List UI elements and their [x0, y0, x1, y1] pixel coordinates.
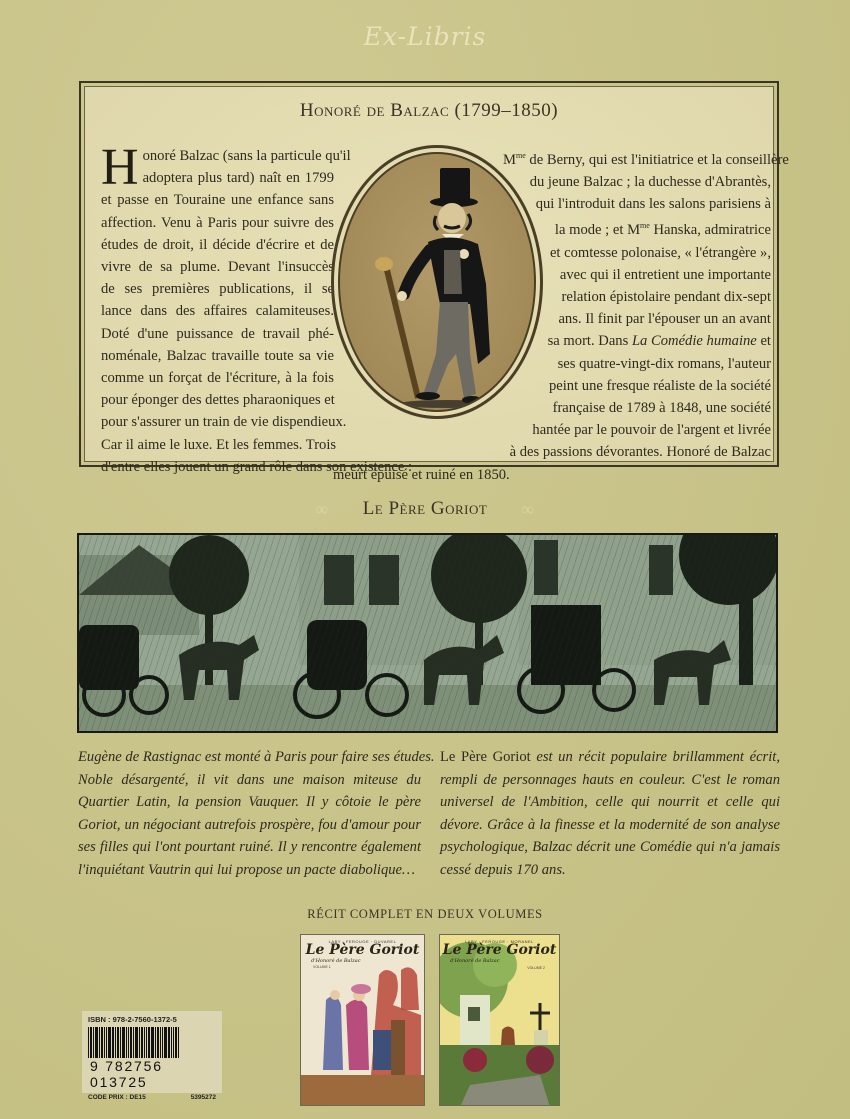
text-line: dévore. Grâce à la finesse et la moderni…: [440, 814, 780, 837]
cover-subtitle: d'Honoré de Balzac: [311, 958, 361, 964]
text-line: hantée par le pouvoir de l'argent et liv…: [503, 419, 771, 441]
text-line: vivre de sa plume. Devant l'insuccès: [101, 256, 334, 278]
text-line: d'entre elles jouent un grand rôle dans …: [101, 456, 334, 478]
text-line: Quartier Latin, la pension Vauquer. Il y…: [78, 791, 421, 814]
text-line: études de droit, il décide d'écrire et d…: [101, 234, 334, 256]
text-line: meurt épuisé et ruiné en 1850.: [333, 464, 771, 486]
book-title: Le Père Goriot: [363, 498, 488, 519]
flourish-ornament-left: ∞: [315, 499, 328, 520]
text-line: qui l'introduit dans les salons parisien…: [503, 193, 771, 215]
text-line: universel de l'Ambition, celle qui nourr…: [440, 791, 780, 814]
text-line: lance dans des affaires calamiteuses.: [101, 300, 334, 322]
volumes-label: RÉCIT COMPLET EN DEUX VOLUMES: [0, 907, 850, 922]
text-line: avec qui il entretient une importante: [503, 264, 771, 286]
cover-volume-number: VOLUME 2: [527, 966, 545, 970]
text-line: la mode ; et Mme Hanska, admiratrice: [503, 215, 771, 241]
text-line: pour s'assurer un train de vie dispendie…: [101, 411, 334, 433]
biography-panel: Honoré de Balzac (1799–1850) H onoré Bal…: [84, 86, 774, 462]
ean-number: 9 782756 013725: [88, 1058, 216, 1090]
text-line: Eugène de Rastignac est monté à Paris po…: [78, 746, 421, 769]
biography-title: Honoré de Balzac (1799–1850): [85, 100, 773, 122]
text-line: du jeune Balzac ; la duchesse d'Abrantès…: [503, 171, 771, 193]
reference-number: 5395272: [191, 1094, 216, 1101]
barcode-footer: CODE PRIX : DE15 5395272: [88, 1094, 216, 1101]
biography-frame: Honoré de Balzac (1799–1850) H onoré Bal…: [79, 81, 779, 467]
text-line: relation épistolaire pendant dix-sept: [503, 286, 771, 308]
carriage-procession-illustration: [77, 533, 778, 733]
text-line: et passe en Touraine une enfance sans: [101, 189, 334, 211]
text-line: affection. Venu à Paris pour suivre des: [101, 212, 334, 234]
text-line: ses filles qui l'ont pourtant ruiné. Il …: [78, 836, 421, 859]
text-line: ans. Il finit par l'épouser un an avant: [503, 308, 771, 330]
text-line: et comtesse polonaise, « l'étrangère »,: [503, 242, 771, 264]
flourish-ornament-right: ∞: [521, 499, 534, 520]
cover-volume-number: VOLUME 1: [313, 965, 331, 969]
cover-title: Le Père Goriot: [440, 943, 559, 957]
drop-cap: H: [101, 147, 139, 189]
text-line: peint une fresque réaliste de la société: [503, 375, 771, 397]
text-line: rempli de personnages hauts en couleur. …: [440, 769, 780, 792]
text-line: Goriot, un négociant autrefois prospère,…: [78, 814, 421, 837]
cover-subtitle: d'Honoré de Balzac: [450, 958, 500, 964]
text-line: pour éponger des dettes pharaoniques et: [101, 389, 334, 411]
biography-left-column: H onoré Balzac (sans la particule qu'il …: [101, 145, 334, 478]
text-line: de ses premières publications, il se: [101, 278, 334, 300]
text-line: psychologique, Balzac décrit une Comédie…: [440, 836, 780, 859]
text-line: cessé depuis 170 ans.: [440, 859, 780, 882]
text-line: Mme de Berny, qui est l'initiatrice et l…: [503, 145, 771, 171]
commentary-text: Le Père Goriot est un récit populaire br…: [440, 746, 780, 881]
synopsis-text: Eugène de Rastignac est monté à Paris po…: [78, 746, 421, 881]
text-line: Doté d'une puissance de travail phé-: [101, 323, 334, 345]
book-title-heading: ∞Le Père Goriot∞: [0, 498, 850, 520]
text-line: l'inquiétant Vautrin qui lui propose un …: [78, 859, 421, 882]
ex-libris-logo: Ex-Libris: [0, 22, 850, 51]
text-line: sa mort. Dans La Comédie humaine et: [503, 330, 771, 352]
text-line: à des passions dévorantes. Honoré de Bal…: [331, 441, 771, 463]
cover-volume-2: LABY · FEROUGE · MORANEL Le Père Goriot …: [439, 934, 560, 1106]
price-code: CODE PRIX : DE15: [88, 1094, 146, 1101]
text-line: ses quatre-vingt-dix romans, l'auteur: [503, 353, 771, 375]
barcode-label: ISBN : 978-2-7560-1372-5 9 782756 013725…: [82, 1011, 222, 1093]
text-line: française de 1789 à 1848, une société: [503, 397, 771, 419]
text-line: Car il aime le luxe. Et les femmes. Troi…: [101, 434, 334, 456]
text-line: Noble désargenté, il vit dans une maison…: [78, 769, 421, 792]
biography-right-column: Mme de Berny, qui est l'initiatrice et l…: [503, 145, 771, 486]
cover-volume-1: LABY · FEROUGE · DUVAREL Le Père Goriot …: [300, 934, 425, 1106]
isbn-number: ISBN : 978-2-7560-1372-5: [88, 1015, 216, 1024]
cover-title: Le Père Goriot: [301, 943, 424, 957]
text-line: Le Père Goriot est un récit populaire br…: [440, 746, 780, 769]
text-line: noménale, Balzac travaille toute sa vie: [101, 345, 334, 367]
text-line: comme un forçat de l'écriture, à la fois: [101, 367, 334, 389]
